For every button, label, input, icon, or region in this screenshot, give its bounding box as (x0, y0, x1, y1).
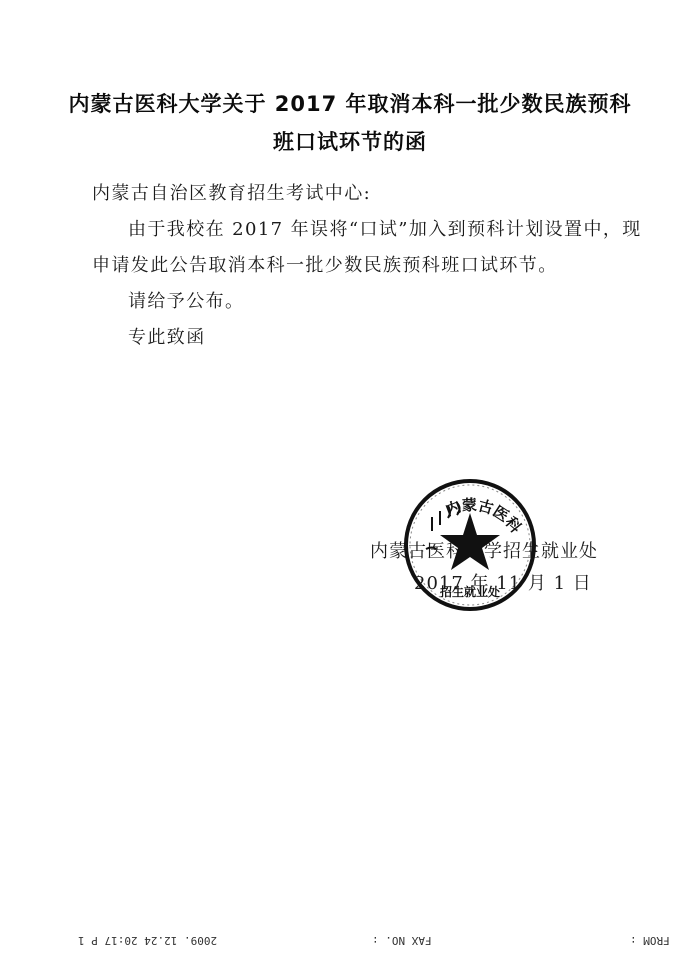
document-title-line2: 班口试环节的函 (0, 126, 700, 156)
star-icon (440, 513, 500, 570)
fax-timestamp: 2009. 12.24 20:17 P 1 (78, 934, 217, 947)
official-seal-stamp: 内蒙古医科大学 招生就业处 (402, 477, 538, 613)
document-title-line1: 内蒙古医科大学关于 2017 年取消本科一批少数民族预科 (0, 88, 700, 118)
paragraph-2: 请给予公布。 (128, 287, 244, 313)
stamp-bottom-text: 招生就业处 (439, 584, 500, 599)
closing-phrase: 专此致函 (128, 323, 206, 349)
fax-number-label: FAX NO. : (372, 934, 432, 947)
paragraph-1: 由于我校在 2017 年误将“口试”加入到预科计划设置中，现 (128, 215, 642, 241)
recipient: 内蒙古自治区教育招生考试中心: (92, 179, 371, 205)
paragraph-1-continued: 申请发此公告取消本科一批少数民族预科班口试环节。 (92, 251, 558, 277)
fax-from-label: FROM : (630, 934, 670, 947)
